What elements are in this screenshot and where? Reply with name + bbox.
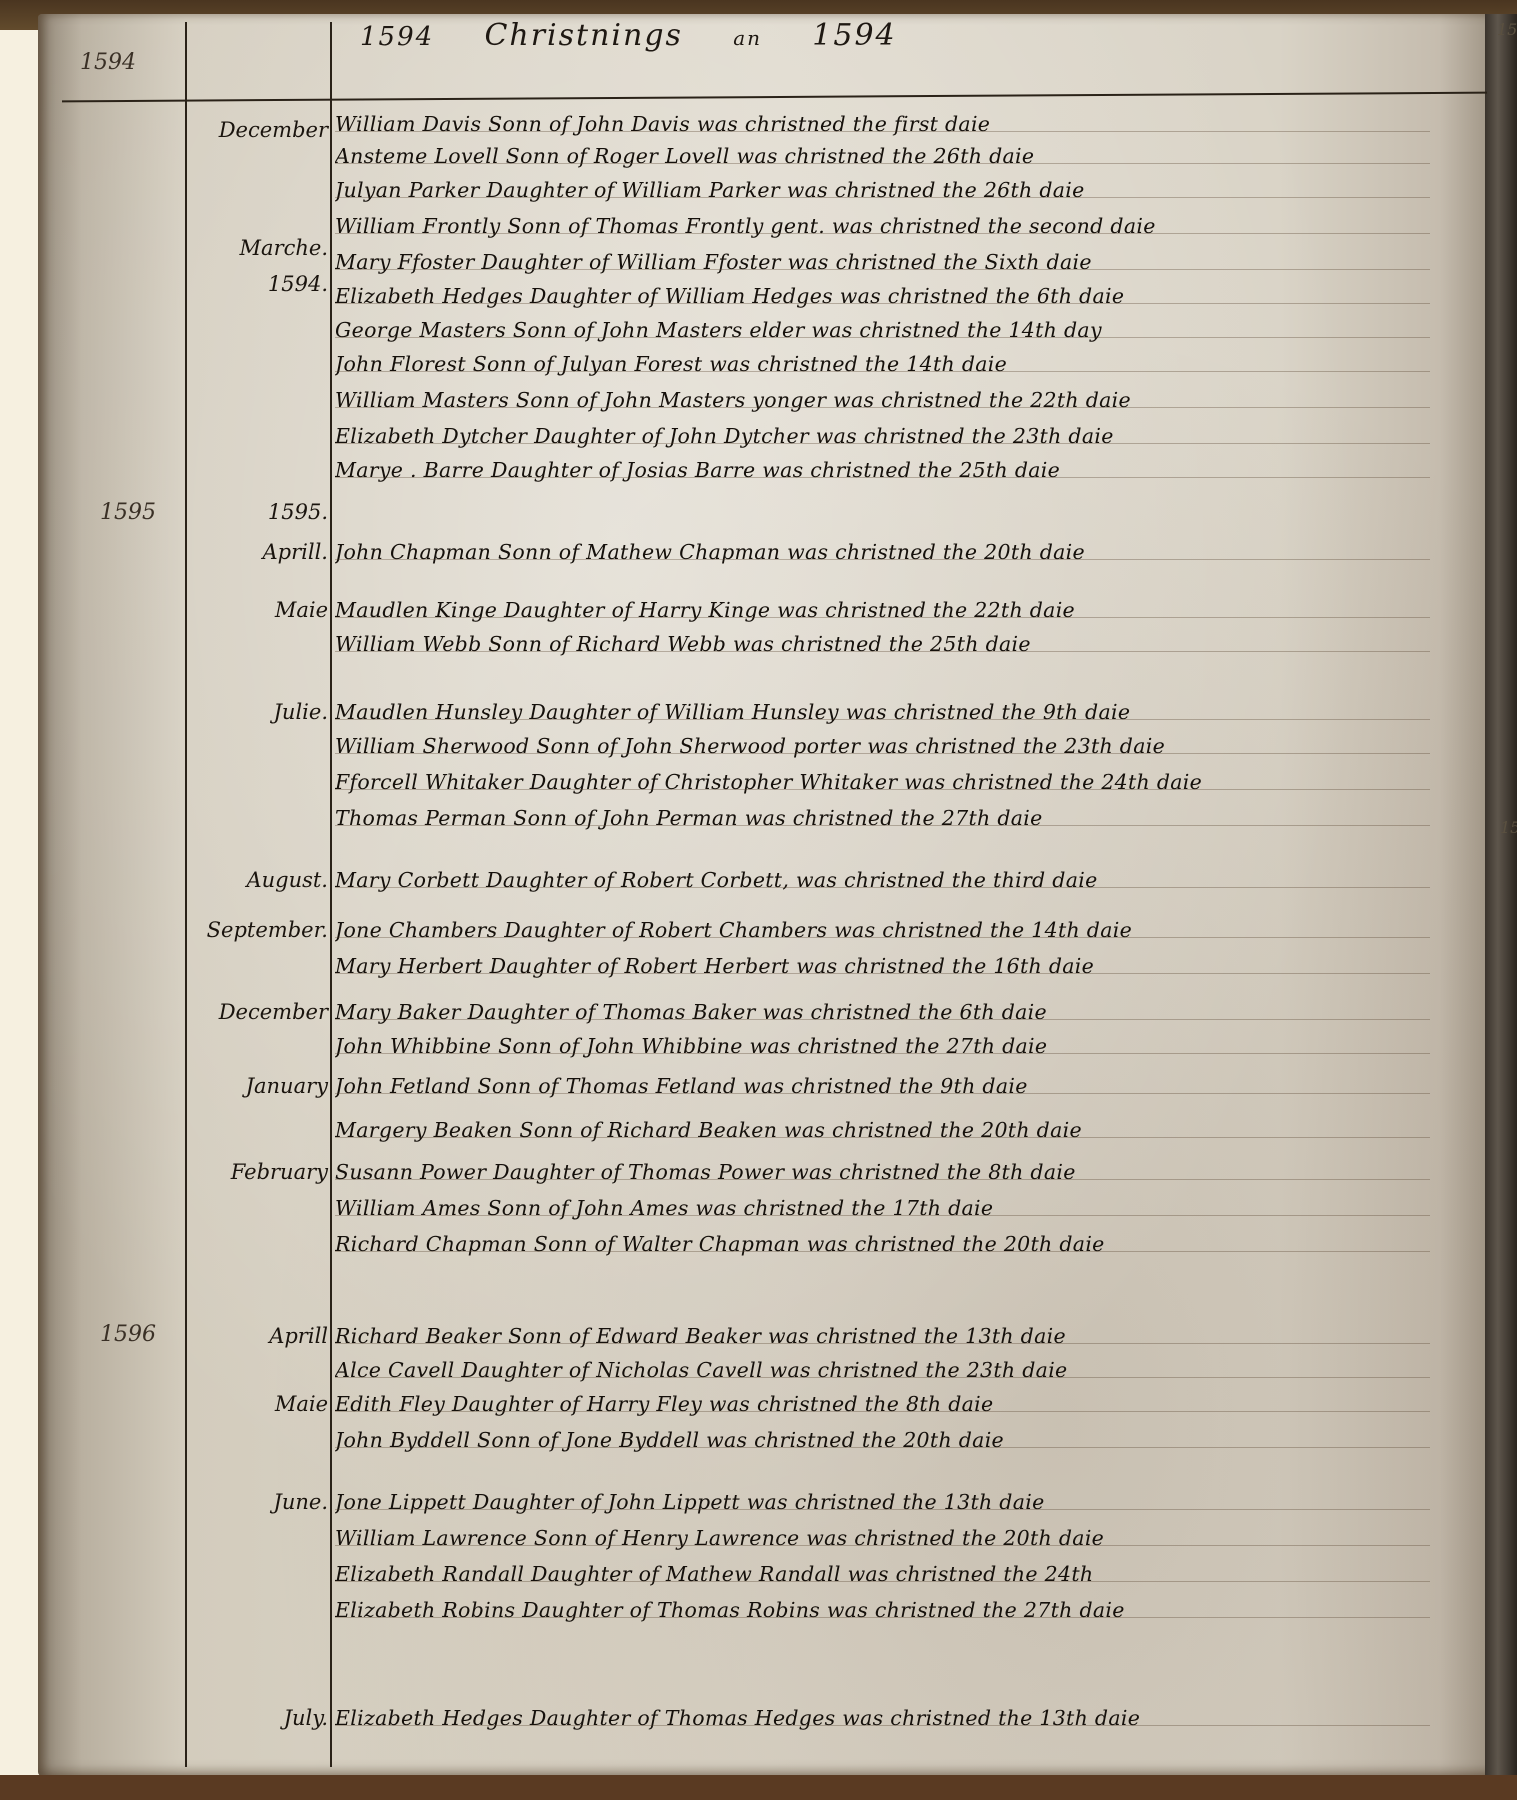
month-label: September. [188, 918, 328, 942]
month-label: Maie [188, 1392, 328, 1416]
header-year-right: 1594 [812, 18, 896, 53]
month-label: Marche. [188, 236, 328, 260]
christening-entry: Susann Power Daughter of Thomas Power wa… [335, 1160, 1450, 1184]
christening-entry: John Florest Sonn of Julyan Forest was c… [335, 352, 1450, 376]
christening-entry: Jone Lippett Daughter of John Lippett wa… [335, 1490, 1450, 1514]
month-label: 1595. [188, 500, 328, 524]
month-label: December [188, 118, 328, 142]
stray-mark-top-right: 15 [1497, 20, 1517, 39]
christening-entry: Elizabeth Randall Daughter of Mathew Ran… [335, 1562, 1450, 1586]
christening-entry: Alce Cavell Daughter of Nicholas Cavell … [335, 1358, 1450, 1382]
month-label: Maie [188, 598, 328, 622]
christening-entry: William Frontly Sonn of Thomas Frontly g… [335, 214, 1450, 238]
christening-entry: Elizabeth Robins Daughter of Thomas Robi… [335, 1598, 1450, 1622]
christening-entry: William Sherwood Sonn of John Sherwood p… [335, 734, 1450, 758]
header-title: Christnings [484, 18, 683, 53]
month-label: June. [188, 1490, 328, 1514]
header-year-left: 1594 [360, 22, 434, 52]
page-header: 1594 Christnings an 1594 [360, 18, 937, 53]
book-gutter [1485, 14, 1517, 1776]
month-label: Aprill [188, 1324, 328, 1348]
christening-entry: Maudlen Hunsley Daughter of William Huns… [335, 700, 1450, 724]
christening-entry: Elizabeth Hedges Daughter of William Hed… [335, 284, 1450, 308]
christening-entry: Mary Herbert Daughter of Robert Herbert … [335, 954, 1450, 978]
margin-rule-left [185, 22, 187, 1767]
christening-entry: Margery Beaken Sonn of Richard Beaken wa… [335, 1118, 1450, 1142]
christening-entry: William Ames Sonn of John Ames was chris… [335, 1196, 1450, 1220]
book-backdrop-bottom [0, 1775, 1517, 1800]
christening-entry: John Chapman Sonn of Mathew Chapman was … [335, 540, 1450, 564]
month-label: 1594. [188, 272, 328, 296]
christening-entry: Fforcell Whitaker Daughter of Christophe… [335, 770, 1450, 794]
christening-entry: Mary Baker Daughter of Thomas Baker was … [335, 1000, 1450, 1024]
month-label: December [188, 1000, 328, 1024]
adjacent-page-edge [0, 30, 40, 1780]
month-label: August. [188, 868, 328, 892]
header-connector: an [733, 26, 762, 50]
christening-entry: William Lawrence Sonn of Henry Lawrence … [335, 1526, 1450, 1550]
christening-entry: William Webb Sonn of Richard Webb was ch… [335, 632, 1450, 656]
christening-entry: Mary Ffoster Daughter of William Ffoster… [335, 250, 1450, 274]
header-margin-year: 1594 [80, 50, 136, 75]
christening-entry: Maudlen Kinge Daughter of Harry Kinge wa… [335, 598, 1450, 622]
christening-entry: George Masters Sonn of John Masters elde… [335, 318, 1450, 342]
month-label: July. [188, 1706, 328, 1730]
christening-entry: Julyan Parker Daughter of William Parker… [335, 178, 1450, 202]
christening-entry: John Byddell Sonn of Jone Byddell was ch… [335, 1428, 1450, 1452]
christening-entry: William Masters Sonn of John Masters yon… [335, 388, 1450, 412]
christening-entry: Richard Beaker Sonn of Edward Beaker was… [335, 1324, 1450, 1348]
margin-year: 1596 [100, 1322, 156, 1347]
christening-entry: Edith Fley Daughter of Harry Fley was ch… [335, 1392, 1450, 1416]
christening-entry: Richard Chapman Sonn of Walter Chapman w… [335, 1232, 1450, 1256]
christening-entry: William Davis Sonn of John Davis was chr… [335, 112, 1450, 136]
christening-entry: Ansteme Lovell Sonn of Roger Lovell was … [335, 144, 1450, 168]
month-label: February [188, 1160, 328, 1184]
margin-rule-right [330, 22, 332, 1767]
month-label: Julie. [188, 700, 328, 724]
month-label: Aprill. [188, 540, 328, 564]
christening-entry: Mary Corbett Daughter of Robert Corbett,… [335, 868, 1450, 892]
month-label: January [188, 1074, 328, 1098]
christening-entry: John Whibbine Sonn of John Whibbine was … [335, 1034, 1450, 1058]
margin-year: 1595 [100, 500, 156, 525]
christening-entry: Marye . Barre Daughter of Josias Barre w… [335, 458, 1450, 482]
christening-entry: Elizabeth Hedges Daughter of Thomas Hedg… [335, 1706, 1450, 1730]
christening-entry: John Fetland Sonn of Thomas Fetland was … [335, 1074, 1450, 1098]
christening-entry: Thomas Perman Sonn of John Perman was ch… [335, 806, 1450, 830]
stray-mark-right: 159 [1500, 818, 1517, 837]
christening-entry: Jone Chambers Daughter of Robert Chamber… [335, 918, 1450, 942]
christening-entry: Elizabeth Dytcher Daughter of John Dytch… [335, 424, 1450, 448]
